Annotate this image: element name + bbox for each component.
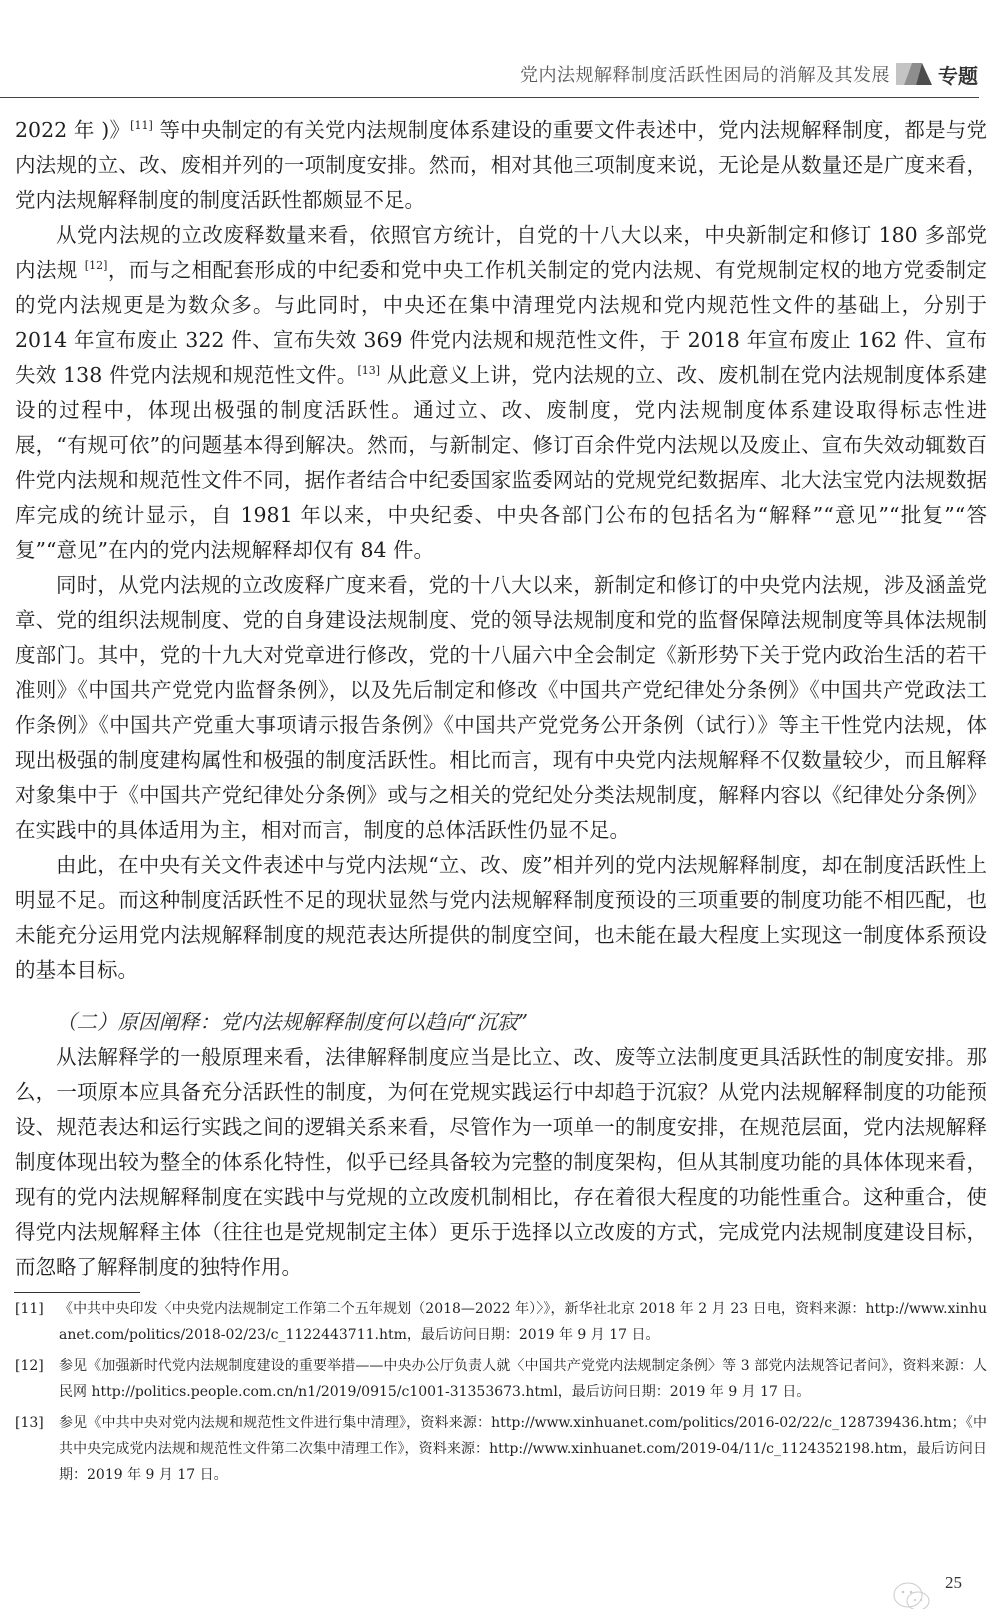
section-heading: （二）原因阐释：党内法规解释制度何以趋向“沉寂” (15, 1005, 987, 1040)
running-header: 党内法规解释制度活跃性困局的消解及其发展 专题 (500, 56, 978, 92)
footnote-number: [13] (15, 1410, 59, 1488)
article-body: 2022 年 )》[11] 等中央制定的有关党内法规制度体系建设的重要文件表述中… (15, 113, 987, 1285)
footnote: [12] 参见《加强新时代党内法规制度建设的重要举措——中央办公厅负责人就〈中国… (15, 1353, 987, 1405)
footnote-ref[interactable]: [13] (357, 364, 380, 377)
paragraph: 2022 年 )》[11] 等中央制定的有关党内法规制度体系建设的重要文件表述中… (15, 113, 987, 218)
paragraph: 从党内法规的立改废释数量来看，依照官方统计，自党的十八大以来，中央新制定和修订 … (15, 218, 987, 568)
footnote: [13] 参见《中共中央对党内法规和规范性文件进行集中清理》，资料来源：http… (15, 1410, 987, 1488)
paragraph-text: 从此意义上讲，党内法规的立、改、废机制在党内法规制度体系建设的过程中，体现出极强… (15, 363, 987, 562)
page-number: 25 (945, 1573, 962, 1593)
header-divider (0, 97, 979, 98)
paragraph: 由此，在中央有关文件表述中与党内法规“立、改、废”相并列的党内法规解释制度，却在… (15, 848, 987, 988)
footnote-text: 参见《中共中央对党内法规和规范性文件进行集中清理》，资料来源：http://ww… (59, 1410, 987, 1488)
section-label: 专题 (938, 60, 978, 89)
footnote-number: [12] (15, 1353, 59, 1405)
paragraph: 从法解释学的一般原理来看，法律解释制度应当是比立、改、废等立法制度更具活跃性的制… (15, 1040, 987, 1285)
section-logo-icon (894, 61, 934, 87)
running-header-title: 党内法规解释制度活跃性困局的消解及其发展 (520, 61, 890, 87)
footnote: [11] 《中共中央印发〈中央党内法规制定工作第二个五年规划（2018—2022… (15, 1296, 987, 1348)
footnote-number: [11] (15, 1296, 59, 1348)
footnote-ref[interactable]: [12] (85, 259, 108, 272)
footnote-ref[interactable]: [11] (130, 119, 153, 132)
footnotes: [11] 《中共中央印发〈中央党内法规制定工作第二个五年规划（2018—2022… (15, 1296, 987, 1493)
footnote-divider (14, 1292, 140, 1293)
paragraph-text: 等中央制定的有关党内法规制度体系建设的重要文件表述中，党内法规解释制度，都是与党… (15, 118, 987, 212)
paragraph: 同时，从党内法规的立改废释广度来看，党的十八大以来，新制定和修订的中央党内法规，… (15, 568, 987, 848)
footnote-text: 《中共中央印发〈中央党内法规制定工作第二个五年规划（2018—2022 年）〉》… (59, 1296, 987, 1348)
footnote-text: 参见《加强新时代党内法规制度建设的重要举措——中央办公厅负责人就〈中国共产党党内… (59, 1353, 987, 1405)
paragraph-text: 2022 年 )》 (15, 118, 130, 142)
